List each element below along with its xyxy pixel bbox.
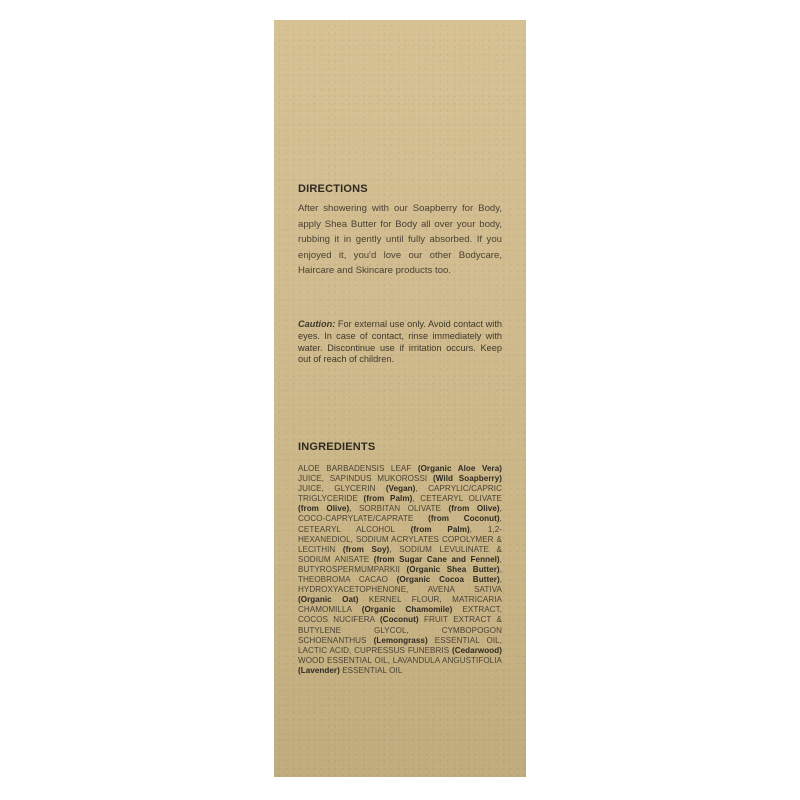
ingredient-item: CETEARYL ALCOHOL (from Palm), [298, 525, 488, 534]
ingredient-note: (Organic Shea Butter) [407, 565, 500, 574]
ingredient-note: (from Soy) [343, 545, 389, 554]
ingredient-suffix: , [500, 504, 502, 513]
ingredient-note: (Organic Cocoa Butter) [397, 575, 500, 584]
ingredient-name: GLYCERIN [334, 484, 386, 493]
ingredient-note: (from Coconut) [428, 514, 500, 523]
ingredient-note: (from Palm) [411, 525, 470, 534]
ingredient-note: (Vegan) [386, 484, 416, 493]
ingredient-note: (from Palm) [363, 494, 412, 503]
caution-label: Caution: [298, 319, 335, 329]
ingredient-suffix: , [415, 484, 428, 493]
ingredients-heading: INGREDIENTS [298, 441, 502, 453]
ingredient-suffix: , [500, 575, 502, 584]
ingredient-suffix: WOOD ESSENTIAL OIL, [298, 656, 393, 665]
ingredient-suffix: ESSENTIAL OIL [340, 666, 402, 675]
ingredient-note: (Lavender) [298, 666, 340, 675]
ingredient-suffix: , [349, 504, 359, 513]
ingredient-suffix: , [500, 555, 502, 564]
ingredient-name: CETEARYL ALCOHOL [298, 525, 411, 534]
ingredient-item: COCO-CAPRYLATE/CAPRATE (from Coconut), [298, 514, 502, 523]
ingredient-name: COCOS NUCIFERA [298, 615, 380, 624]
ingredient-note: (Organic Aloe Vera) [418, 464, 502, 473]
ingredient-name: BUTYROSPERMUMPARKII [298, 565, 407, 574]
ingredient-suffix: , [389, 545, 399, 554]
ingredient-note: (Wild Soapberry) [433, 474, 502, 483]
ingredient-name: ALOE BARBADENSIS LEAF [298, 464, 418, 473]
ingredient-note: (Organic Chamomile) [362, 605, 453, 614]
ingredient-note: (Cedarwood) [452, 646, 502, 655]
ingredient-name: COCO-CAPRYLATE/CAPRATE [298, 514, 428, 523]
ingredient-note: (from Olive) [298, 504, 349, 513]
ingredient-name: CETEARYL OLIVATE [420, 494, 502, 503]
ingredient-suffix: JUICE, [298, 484, 334, 493]
ingredient-name: LAVANDULA ANGUSTIFOLIA [393, 656, 502, 665]
ingredient-note: (from Olive) [448, 504, 499, 513]
ingredient-note: (Organic Oat) [298, 595, 359, 604]
ingredient-item: BUTYROSPERMUMPARKII (Organic Shea Butter… [298, 565, 502, 574]
caution-section: Caution: For external use only. Avoid co… [298, 319, 502, 366]
ingredient-item: GLYCERIN (Vegan), [334, 484, 428, 493]
ingredient-name: THEOBROMA CACAO [298, 575, 397, 584]
ingredient-suffix: , [500, 514, 502, 523]
directions-text: After showering with our Soapberry for B… [298, 201, 502, 279]
ingredient-name: SAPINDUS MUKOROSSI [330, 474, 433, 483]
ingredients-list: ALOE BARBADENSIS LEAF (Organic Aloe Vera… [298, 464, 502, 676]
ingredients-section: INGREDIENTS ALOE BARBADENSIS LEAF (Organ… [298, 441, 502, 676]
ingredient-note: (Coconut) [380, 615, 419, 624]
ingredient-suffix: , [470, 525, 488, 534]
product-box-back-panel: DIRECTIONS After showering with our Soap… [274, 20, 526, 777]
ingredient-item: THEOBROMA CACAO (Organic Cocoa Butter), [298, 575, 502, 584]
ingredient-suffix: KERNEL FLOUR, [359, 595, 453, 604]
ingredient-name: CUPRESSUS FUNEBRIS [354, 646, 452, 655]
ingredient-item: SORBITAN OLIVATE (from Olive), [359, 504, 502, 513]
ingredient-suffix: JUICE, [298, 474, 330, 483]
ingredient-suffix: , [500, 565, 502, 574]
ingredient-name: SORBITAN OLIVATE [359, 504, 448, 513]
ingredient-name: HYDROXYACETOPHENONE, AVENA SATIVA [298, 585, 502, 594]
ingredient-note: (Lemongrass) [374, 636, 428, 645]
ingredient-note: (from Sugar Cane and Fennel) [374, 555, 500, 564]
ingredient-suffix: EXTRACT, [452, 605, 502, 614]
directions-heading: DIRECTIONS [298, 183, 502, 195]
directions-section: DIRECTIONS After showering with our Soap… [298, 183, 502, 279]
